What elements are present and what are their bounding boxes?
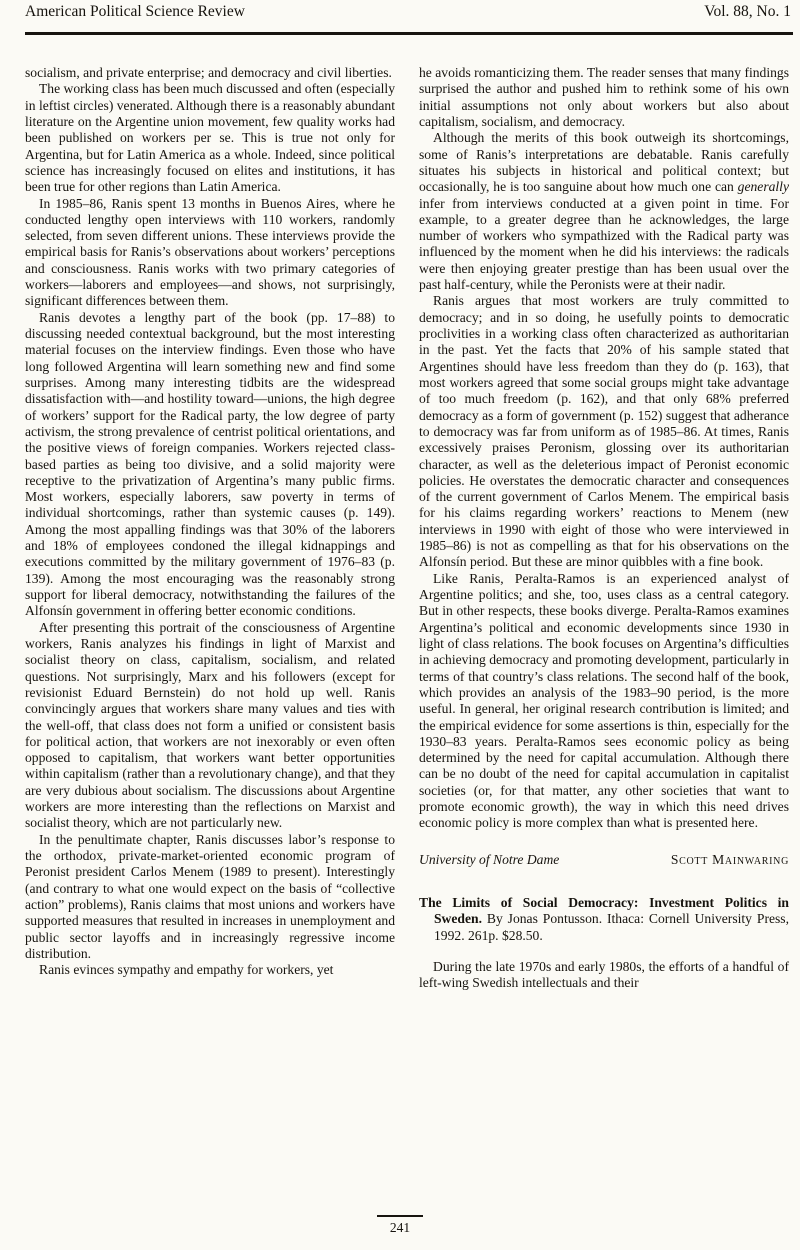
header-rule (25, 32, 793, 35)
body-paragraph: Ranis devotes a lengthy part of the book… (25, 310, 395, 620)
page-footer: 241 (0, 1215, 800, 1236)
reviewer-signature: University of Notre Dame Scott Mainwarin… (419, 852, 789, 868)
journal-page: American Political Science Review Vol. 8… (0, 0, 800, 1250)
body-paragraph: Like Ranis, Peralta-Ramos is an experien… (419, 571, 789, 832)
body-paragraph: The working class has been much discusse… (25, 81, 395, 195)
reviewer-affiliation: University of Notre Dame (419, 852, 559, 868)
paragraph-segment: infer from interviews conducted at a giv… (419, 196, 789, 293)
running-head: American Political Science Review Vol. 8… (25, 3, 791, 21)
body-paragraph: socialism, and private enterprise; and d… (25, 65, 395, 81)
italic-word: generally (738, 179, 789, 194)
journal-title: American Political Science Review (25, 3, 245, 21)
body-paragraph: In 1985–86, Ranis spent 13 months in Bue… (25, 196, 395, 310)
reviewer-name: Scott Mainwaring (671, 852, 789, 868)
citation-details: By Jonas Pontusson. Ithaca: Cornell Univ… (434, 911, 789, 942)
body-paragraph: Although the merits of this book outweig… (419, 130, 789, 293)
body-paragraph: he avoids romanticizing them. The reader… (419, 65, 789, 130)
page-number: 241 (0, 1220, 800, 1236)
paragraph-segment: Although the merits of this book outweig… (419, 130, 789, 194)
issue-label: Vol. 88, No. 1 (704, 3, 791, 21)
body-paragraph: In the penultimate chapter, Ranis discus… (25, 832, 395, 963)
book-citation: The Limits of Social Democracy: Investme… (419, 895, 789, 944)
body-paragraph: Ranis argues that most workers are truly… (419, 293, 789, 570)
right-column: he avoids romanticizing them. The reader… (419, 65, 789, 992)
body-paragraph: After presenting this portrait of the co… (25, 620, 395, 832)
footer-rule (377, 1215, 423, 1217)
left-column: socialism, and private enterprise; and d… (25, 65, 395, 979)
body-paragraph: Ranis evinces sympathy and empathy for w… (25, 962, 395, 978)
body-paragraph: During the late 1970s and early 1980s, t… (419, 959, 789, 992)
